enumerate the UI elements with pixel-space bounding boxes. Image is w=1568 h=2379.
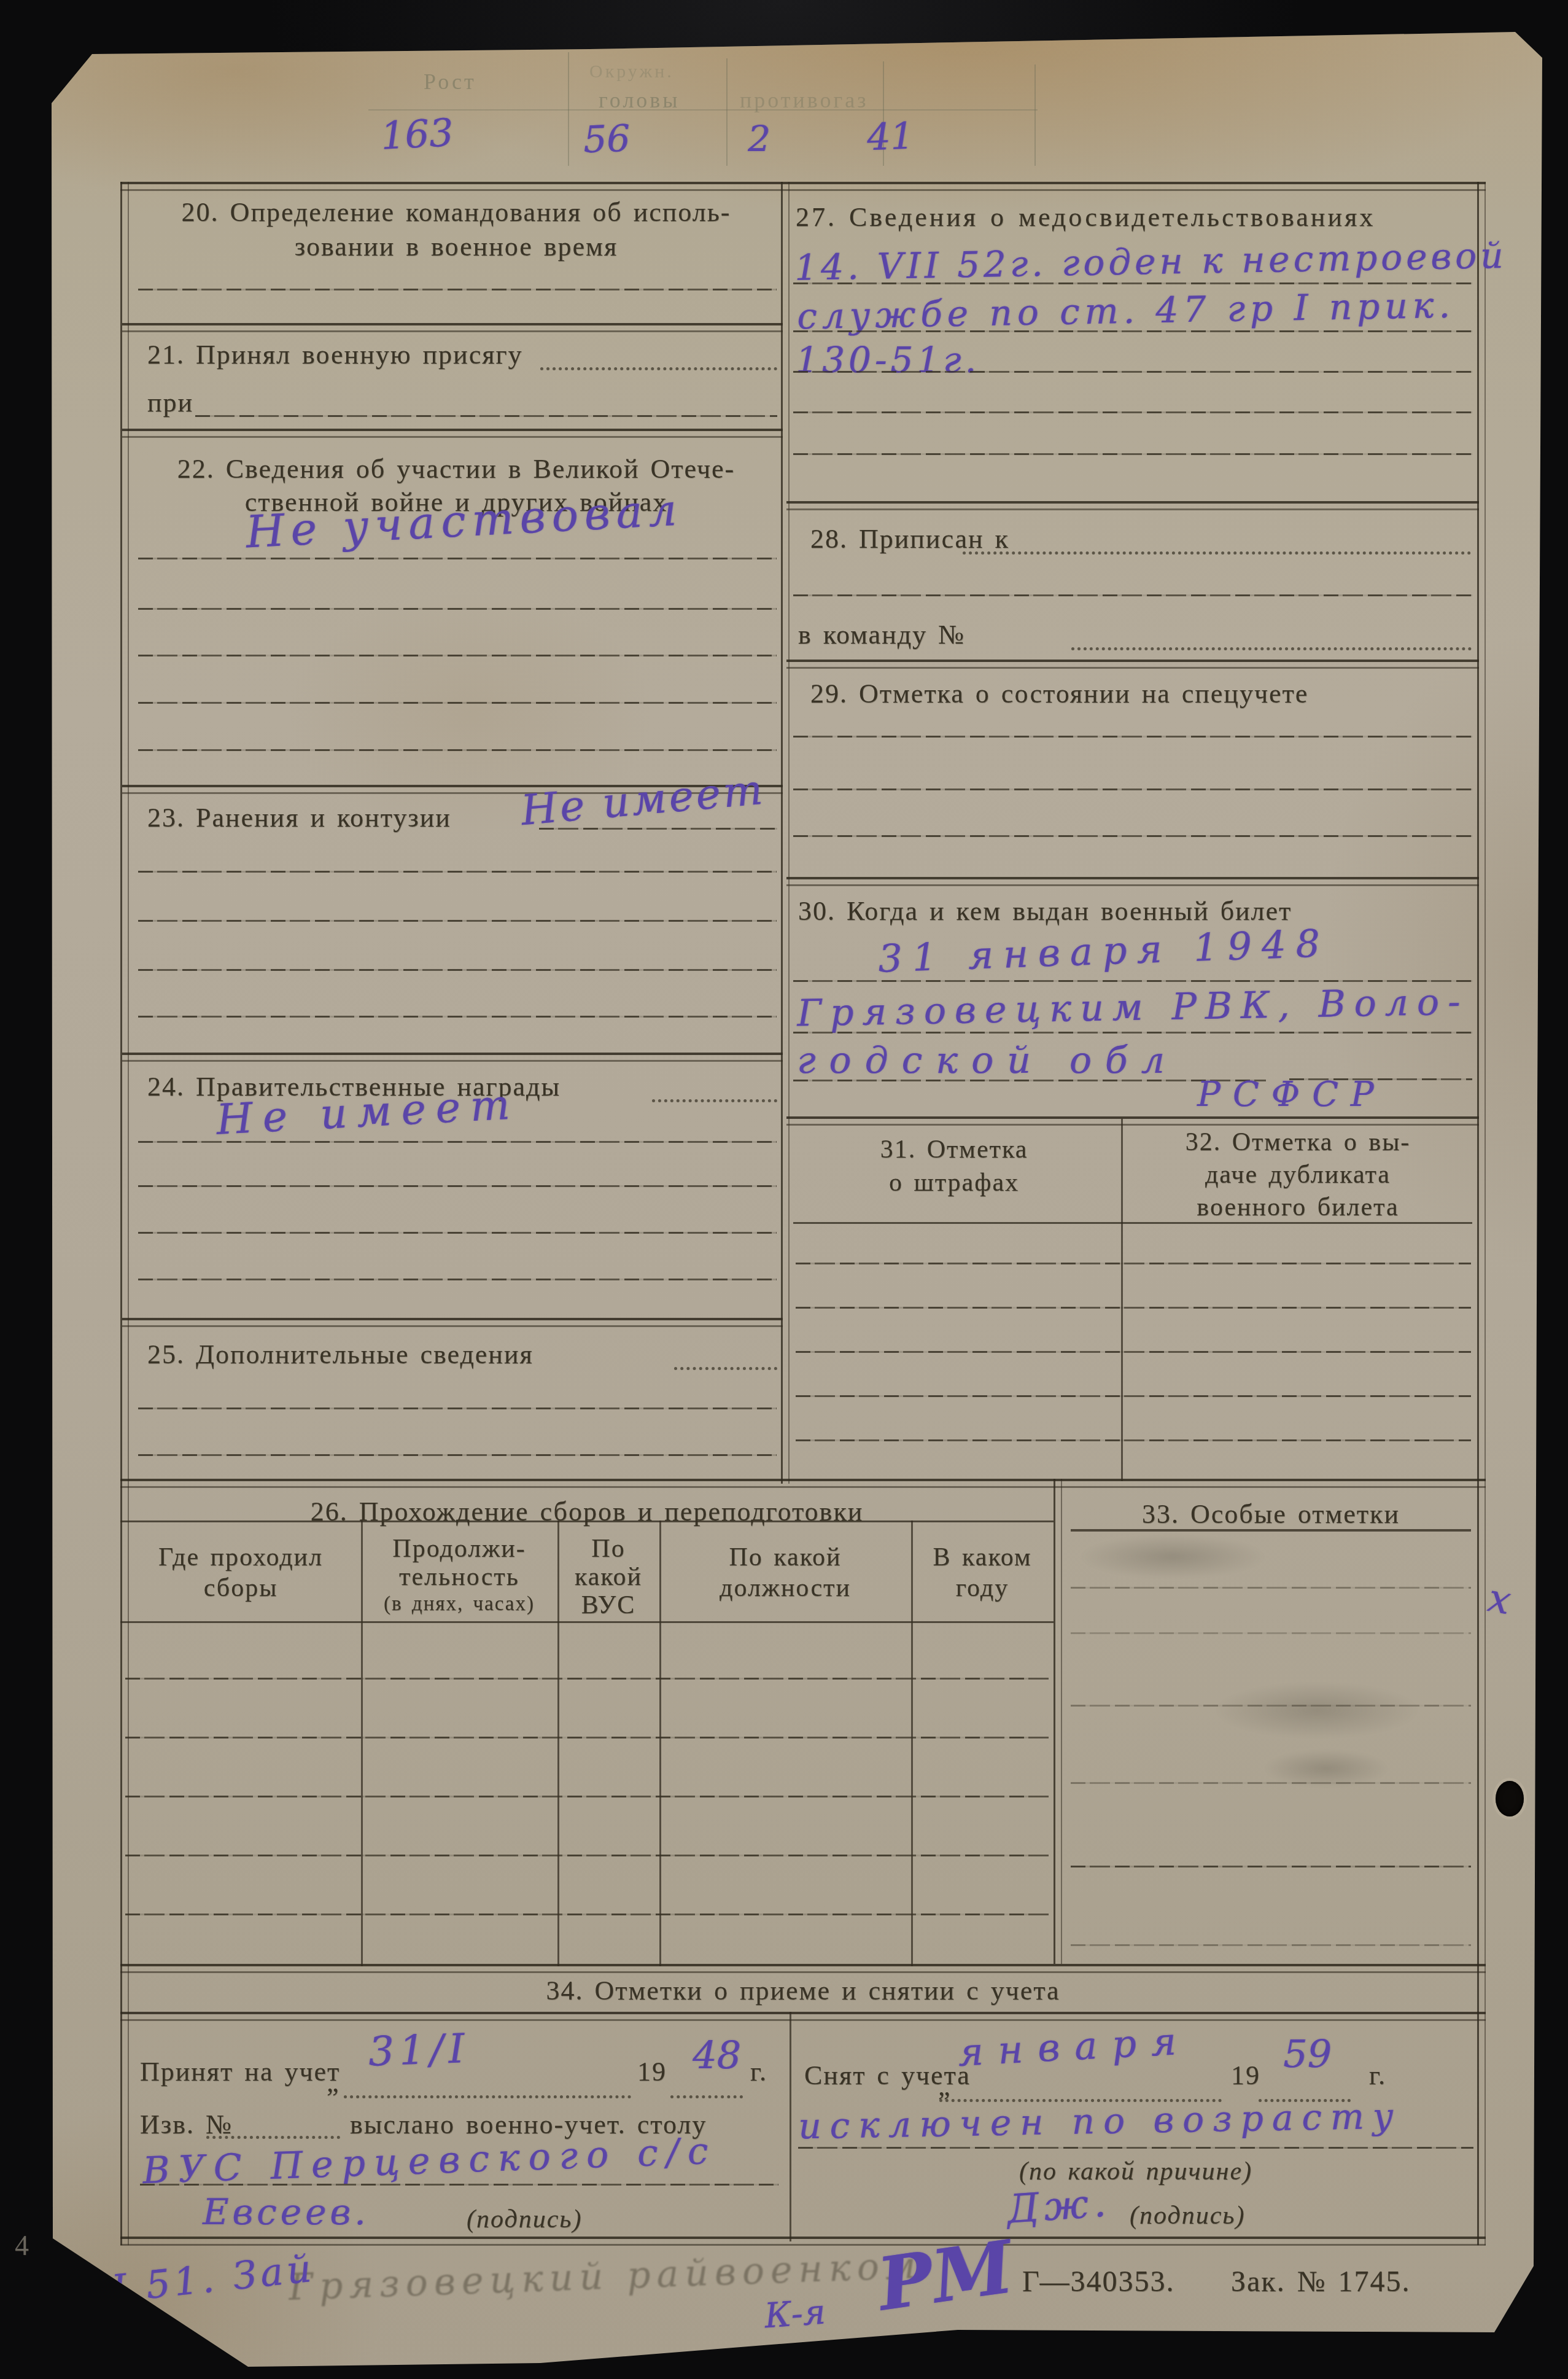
section-30-handwritten-line4: РСФСР <box>1197 1075 1386 1115</box>
blank-rule <box>796 1351 1471 1353</box>
section-29-label: 29. Отметка о состоянии на спецучете <box>810 678 1308 709</box>
paper-hole <box>1496 1781 1524 1816</box>
section-33-divider <box>1054 1479 1062 1964</box>
blank-rule <box>793 371 1472 373</box>
accept-label: Принят на учет <box>140 2056 340 2087</box>
top-strip-header-protivogaz: противогаз <box>740 87 869 113</box>
fill-in-line <box>652 1099 777 1102</box>
fill-in-line <box>540 367 777 370</box>
col-duration-line3: (в днях, часах) <box>361 1593 557 1616</box>
top-strip-value-shoe: 41 <box>866 115 915 160</box>
blank-rule <box>793 788 1472 790</box>
section-21-label: 21. Принял военную присягу <box>147 339 522 370</box>
section-31-title-line1: 31. Отметка <box>788 1135 1120 1164</box>
blank-rule <box>138 1454 777 1456</box>
blank-rule <box>539 828 777 830</box>
blank-rule <box>793 594 1472 596</box>
remove-year-suffix: г. <box>1369 2060 1386 2091</box>
section-separator <box>786 501 1479 510</box>
blank-rule <box>138 1185 777 1187</box>
scanned-document-sheet: Рост Окружн. головы противогаз 163 56 2 … <box>0 0 1568 2379</box>
section-23-label: 23. Ранения и контузии <box>147 802 451 833</box>
blank-rule <box>138 1408 777 1409</box>
section-separator <box>786 877 1479 886</box>
footer-order-number: Зак. № 1745. <box>1231 2265 1410 2299</box>
accept-handwritten-date: 31/I <box>368 2025 470 2076</box>
pencil-smudge <box>1216 1683 1418 1738</box>
col-where-line1: Где проходил <box>120 1543 361 1572</box>
section-28-label2: в команду № <box>798 619 965 650</box>
section-26-title: 26. Прохождение сборов и переподготовки <box>120 1496 1054 1527</box>
blank-rule <box>796 1439 1471 1441</box>
form-left-border <box>120 182 129 2245</box>
fill-in-line <box>1071 647 1472 650</box>
top-strip-header-rost: Рост <box>424 69 476 95</box>
table-row-rule <box>125 1737 1049 1738</box>
section-separator <box>122 429 783 438</box>
fill-in-line <box>674 1367 777 1370</box>
top-strip-line <box>368 109 1038 111</box>
top-strip-line <box>726 58 728 166</box>
remove-handwritten-signature: Дж. <box>1006 2180 1112 2233</box>
bottom-handwritten-signature: РМ <box>872 2224 1018 2327</box>
blank-rule <box>796 1307 1471 1309</box>
col-vus-line1: По <box>557 1534 659 1563</box>
section-20-title-line2: зовании в военное время <box>135 231 777 262</box>
col-position-line1: По какой <box>659 1543 911 1572</box>
blank-rule <box>793 736 1472 738</box>
blank-rule <box>796 1263 1471 1264</box>
fill-in-line <box>670 2095 743 2098</box>
blank-rule <box>138 558 777 559</box>
top-strip-value-gasmask: 2 <box>748 118 770 160</box>
blank-rule <box>793 411 1472 413</box>
remove-handwritten-reason: исключен по возрасту <box>798 2095 1402 2147</box>
footer-print-code: Г—340353. <box>1022 2265 1175 2299</box>
section-33-title: 33. Особые отметки <box>1068 1498 1473 1530</box>
section-30-handwritten-line1: 31 января 1948 <box>877 921 1330 981</box>
blank-rule <box>138 1279 777 1280</box>
section-31-title-line2: о штрафах <box>788 1168 1120 1197</box>
accept-open-quote: „ <box>327 2067 340 2098</box>
blank-rule <box>798 2147 1473 2149</box>
section-21-label2: при <box>147 387 193 418</box>
section-27-handwritten-line3: 130-51г. <box>796 339 980 381</box>
col-year-line2: году <box>911 1573 1054 1603</box>
blank-rule <box>138 871 777 873</box>
col-vus-line3: ВУС <box>557 1591 659 1620</box>
top-strip-header-golovy: головы <box>599 87 680 113</box>
col-year-line1: В каком <box>911 1543 1054 1572</box>
remove-signature-label: (подпись) <box>1130 2201 1245 2230</box>
blank-rule <box>793 330 1472 332</box>
accept-printed-19: 19 <box>637 2056 667 2087</box>
top-strip-value-head: 56 <box>583 117 631 162</box>
margin-x-mark: х <box>1485 1575 1514 1624</box>
remove-open-quote: „ <box>938 2071 952 2102</box>
blank-rule <box>1071 1587 1471 1589</box>
blank-rule <box>1071 1866 1471 1867</box>
blank-rule <box>138 1232 777 1234</box>
blank-rule <box>1071 1944 1471 1946</box>
section-33-underline <box>1071 1529 1471 1532</box>
blank-rule <box>1071 1632 1471 1634</box>
blank-rule <box>793 1080 1266 1081</box>
col-duration-line2: тельность <box>361 1562 557 1592</box>
fill-in-line <box>963 551 1471 555</box>
section-separator <box>786 660 1479 669</box>
blank-rule <box>140 2184 778 2186</box>
section-28-label: 28. Приписан к <box>810 523 1009 555</box>
blank-rule <box>1071 1782 1471 1784</box>
remove-printed-19: 19 <box>1231 2060 1260 2091</box>
section-25-label: 25. Дополнительные сведения <box>147 1339 534 1370</box>
blank-rule <box>138 920 777 922</box>
fill-in-line <box>206 2136 340 2139</box>
blank-rule <box>793 453 1472 455</box>
accept-year-suffix: г. <box>750 2056 767 2087</box>
section-27-handwritten-line2: службе по ст. 47 гр I прик. <box>796 284 1455 338</box>
bottom-handwritten-k-mark: К-я <box>763 2292 827 2337</box>
section-27-title: 27. Сведения о медосвидетельствованиях <box>796 201 1375 233</box>
pencil-smudge <box>1081 1535 1265 1578</box>
section-30-handwritten-line2: Грязовецким РВК, Воло- <box>796 980 1469 1035</box>
blank-rule <box>195 415 777 417</box>
blank-rule <box>138 749 777 751</box>
col-where-line2: сборы <box>120 1573 361 1603</box>
top-strip-header-okr: Окружн. <box>589 61 674 82</box>
table-header-line <box>120 1520 1054 1522</box>
center-column-divider <box>781 182 790 1484</box>
table-row-rule <box>125 1796 1049 1797</box>
box-34-divider <box>790 2012 791 2241</box>
blank-rule <box>138 655 777 656</box>
blank-rule <box>138 608 777 610</box>
section-separator <box>122 1318 783 1327</box>
section-20-title-line1: 20. Определение командования об исполь- <box>135 197 777 228</box>
col-duration-line1: Продолжи- <box>361 1534 557 1563</box>
remove-reason-label: (по какой причине) <box>798 2157 1473 2186</box>
blank-rule <box>138 969 777 971</box>
accept-handwritten-signature: Евсеев. <box>203 2191 369 2233</box>
section-separator <box>122 323 783 332</box>
blank-rule <box>1071 1705 1471 1707</box>
remove-handwritten-year: 59 <box>1283 2031 1332 2076</box>
bottom-left-handwritten-date: VII 51. Зай <box>60 2246 317 2317</box>
box-34-bottom-border <box>120 2237 1486 2246</box>
edge-mark: 4 <box>15 2229 30 2262</box>
blank-rule <box>138 1016 777 1018</box>
blank-rule <box>138 1141 777 1143</box>
section-separator <box>122 1053 783 1062</box>
section-23-handwritten-entry: Не имеет <box>519 766 767 835</box>
blank-rule <box>796 1395 1471 1397</box>
form-top-border <box>120 182 1486 191</box>
box-34-top-border <box>120 2012 1486 2021</box>
blank-rule <box>138 702 777 704</box>
col-position-line2: должности <box>659 1573 911 1603</box>
top-strip-line <box>1034 64 1036 166</box>
blank-rule <box>793 282 1472 284</box>
section-22-title-line1: 22. Сведения об участии в Великой Отече- <box>135 453 777 485</box>
accept-handwritten-year: 48 <box>693 2033 741 2077</box>
section-separator <box>120 1964 1486 1973</box>
table-row-rule <box>125 1855 1049 1856</box>
blank-rule <box>138 289 777 290</box>
remove-handwritten-month: января <box>957 2018 1192 2075</box>
accept-signature-label: (подпись) <box>467 2205 582 2234</box>
section-27-handwritten-line1: 14. VII 52г. годен к нестроевой <box>794 235 1507 289</box>
table-row-rule <box>125 1678 1049 1680</box>
section-32-title-line1: 32. Отметка о вы- <box>1120 1127 1476 1157</box>
section-34-title: 34. Отметки о приеме и снятии с учета <box>120 1975 1486 2006</box>
form-right-border <box>1477 182 1486 2245</box>
military-commissariat-stamp: Грязовецкий райвоенком <box>288 2244 923 2309</box>
section-32-title-line2: даче дубликата <box>1120 1160 1476 1189</box>
table-header-line <box>120 1621 1054 1623</box>
penalty-duplicate-column-divider <box>1121 1119 1123 1481</box>
blank-rule <box>793 835 1472 837</box>
section-separator <box>120 1479 1486 1488</box>
table-row-rule <box>125 1914 1049 1915</box>
section-32-title-line3: военного билета <box>1120 1193 1476 1222</box>
section-30-handwritten-line3: годской обл <box>797 1039 1178 1082</box>
pencil-smudge <box>1265 1750 1388 1787</box>
section-separator <box>786 1116 1479 1126</box>
fill-in-line <box>344 2095 631 2098</box>
col-vus-line2: какой <box>557 1562 659 1592</box>
blank-rule <box>793 1032 1472 1034</box>
table-header-line <box>793 1222 1472 1224</box>
section-30-title: 30. Когда и кем выдан военный билет <box>798 895 1292 927</box>
top-strip-value-height: 163 <box>379 110 454 158</box>
